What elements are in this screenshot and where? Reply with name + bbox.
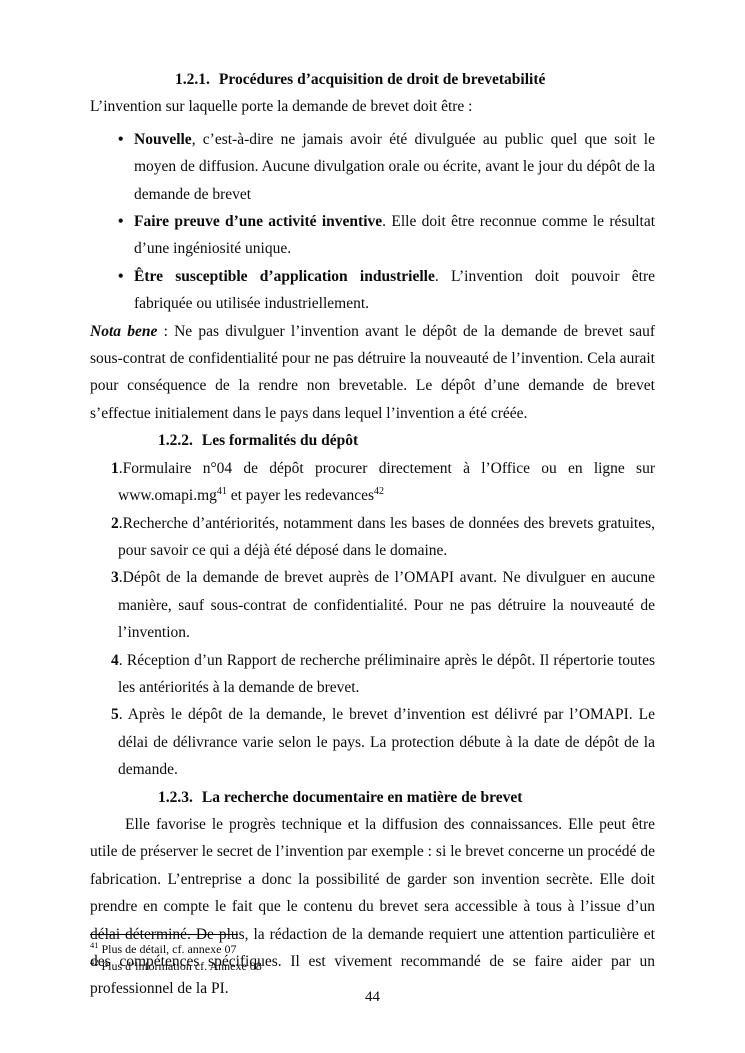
step-text: et payer les redevances <box>227 487 374 504</box>
intro-paragraph: L’invention sur laquelle porte la demand… <box>90 93 655 120</box>
section-title: La recherche documentaire en matière de … <box>202 789 523 806</box>
step-item-5: 5. Après le dépôt de la demande, le brev… <box>111 701 655 783</box>
document-page: 1.2.1.Procédures d’acquisition de droit … <box>0 0 745 1053</box>
footnote-ref-42: 42 <box>374 486 384 497</box>
nota-bene-lead: Nota bene <box>90 323 157 340</box>
section-title: Procédures d’acquisition de droit de bre… <box>219 71 546 88</box>
bullet-icon: • <box>118 126 123 153</box>
step-item-3: 3.Dépôt de la demande de brevet auprès d… <box>111 564 655 646</box>
footnote-text: Plus d’information cf. Annexe 08 <box>99 959 262 973</box>
footnote-text: Plus de détail, cf. annexe 07 <box>99 942 237 956</box>
step-number: 5 <box>111 706 119 723</box>
step-text: .Dépôt de la demande de brevet auprès de… <box>118 569 655 641</box>
footnote-42: 42 Plus d’information cf. Annexe 08 <box>90 958 655 975</box>
footnote-41: 41 Plus de détail, cf. annexe 07 <box>90 941 655 958</box>
step-item-2: 2.Recherche d’antériorités, notamment da… <box>111 510 655 565</box>
section-heading-1-2-2: 1.2.2.Les formalités du dépôt <box>158 427 655 454</box>
criteria-bullet-list: •Nouvelle, c’est-à-dire ne jamais avoir … <box>90 126 655 318</box>
bullet-icon: • <box>118 208 123 235</box>
bullet-text: , c’est-à-dire ne jamais avoir été divul… <box>134 131 655 203</box>
step-item-4: 4. Réception d’un Rapport de recherche p… <box>111 647 655 702</box>
bullet-lead: Nouvelle <box>134 131 192 148</box>
footnote-number: 42 <box>90 957 99 967</box>
bullet-item-nouvelle: •Nouvelle, c’est-à-dire ne jamais avoir … <box>118 126 655 208</box>
bullet-lead: Faire preuve d’une activité inventive <box>134 213 382 230</box>
bullet-item-application-industrielle: •Être susceptible d’application industri… <box>118 263 655 318</box>
section-number: 1.2.2. <box>158 432 193 449</box>
step-text: . Réception d’un Rapport de recherche pr… <box>118 652 655 696</box>
closing-paragraph: Elle favorise le progrès technique et la… <box>90 811 655 1003</box>
section-heading-1-2-1: 1.2.1.Procédures d’acquisition de droit … <box>175 66 655 93</box>
step-number: 3 <box>111 569 119 586</box>
bullet-item-activite-inventive: •Faire preuve d’une activité inventive. … <box>118 208 655 263</box>
bullet-icon: • <box>118 263 123 290</box>
section-heading-1-2-3: 1.2.3.La recherche documentaire en matiè… <box>158 784 655 811</box>
nota-bene-text: : Ne pas divulguer l’invention avant le … <box>90 323 655 422</box>
step-text: . Après le dépôt de la demande, le breve… <box>118 706 655 778</box>
section-title: Les formalités du dépôt <box>202 432 358 449</box>
section-number: 1.2.3. <box>158 789 193 806</box>
footnote-separator <box>90 934 238 935</box>
step-number: 1 <box>111 460 119 477</box>
step-text: .Recherche d’antériorités, notamment dan… <box>118 515 655 559</box>
footnote-ref-41: 41 <box>217 486 227 497</box>
nota-bene-paragraph: Nota bene : Ne pas divulguer l’invention… <box>90 318 655 428</box>
step-text: .Formulaire n°04 de dépôt procurer direc… <box>118 460 655 504</box>
footnotes-block: 41 Plus de détail, cf. annexe 07 42 Plus… <box>90 934 655 974</box>
step-item-1: 1.Formulaire n°04 de dépôt procurer dire… <box>111 455 655 510</box>
page-number: 44 <box>0 984 745 1011</box>
filing-steps-list: 1.Formulaire n°04 de dépôt procurer dire… <box>90 455 655 784</box>
bullet-lead: Être susceptible d’application industrie… <box>134 268 435 285</box>
step-number: 2 <box>111 515 119 532</box>
step-number: 4 <box>111 652 119 669</box>
section-number: 1.2.1. <box>175 71 210 88</box>
footnote-number: 41 <box>90 940 99 950</box>
